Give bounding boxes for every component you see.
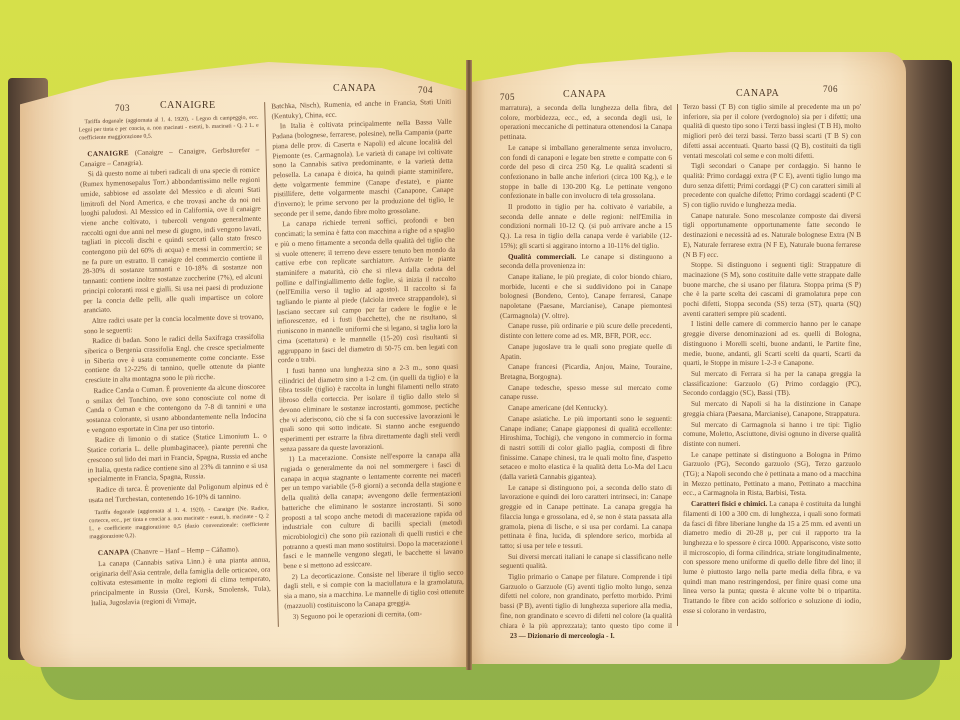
entry-variants-canapa: (Chanvre – Hanf – Hemp – Cáñamo). [131, 546, 240, 557]
running-head-canapa-706: CANAPA [736, 88, 779, 99]
paragraph-commercial-qualities: Qualità commerciali. Le canape si distin… [500, 253, 672, 272]
paragraph: Canape asiatiche. Le più importanti sono… [500, 415, 672, 483]
paragraph: Radice di badan. Sono le radici della Sa… [84, 333, 265, 386]
book-cover-right [900, 60, 952, 660]
paragraph: Terzo bassi (T B) con tiglio simile al p… [683, 103, 861, 161]
entry-term-canapa: CANAPA [98, 549, 130, 558]
page-number-706: 706 [823, 84, 838, 94]
page-number-705: 705 [500, 92, 515, 102]
page-number-703: 703 [115, 103, 130, 113]
paragraph: Sul mercato di Napoli si ha la distinzio… [683, 400, 861, 419]
book-gutter [466, 60, 472, 670]
paragraph: Tiglio primario o Canape per filature. C… [500, 573, 672, 630]
paragraph: Canape americane (del Kentucky). [500, 404, 672, 414]
running-head-canaigre: CANAIGRE [160, 100, 216, 111]
paragraph: Radice Canda o Cuman. È proveniente da a… [85, 383, 266, 436]
column-3: marratura), a seconda della lunghezza de… [500, 104, 672, 630]
paragraph: Il prodotto in tiglio per ha. coltivato … [500, 203, 672, 252]
paragraph: I fusti hanno una lunghezza sino a 2-3 m… [278, 363, 460, 455]
section-heading-physical-chemical: Caratteri fisici e chimici. [691, 500, 767, 508]
paragraph: Radice di limonio o di statice (Statice … [87, 432, 268, 485]
running-head-canapa-704: CANAPA [333, 83, 376, 94]
page-number-704: 704 [418, 85, 433, 95]
signature-footer: 23 — Dizionario di merceologia - I. [510, 632, 615, 640]
paragraph-text: La canapa è costituita da lunghi filamen… [683, 500, 861, 615]
paragraph: Tigli secondari o Canape per cordaggio. … [683, 162, 861, 211]
paragraph: marratura), a seconda della lunghezza de… [500, 104, 672, 143]
tariff-note-2: Tariffa doganale (aggiornata al 1. 4. 19… [89, 505, 270, 542]
paragraph: Canape naturale. Sono mescolanze compost… [683, 212, 861, 261]
paragraph: Canape russe, più ordinarie e più scure … [500, 322, 672, 341]
paragraph: Le canape si imballano generalmente senz… [500, 144, 672, 202]
paragraph: Radice di tarca. È proveniente dal Polig… [88, 482, 268, 506]
paragraph: Canape tedesche, spesso messe sul mercat… [500, 384, 672, 403]
paragraph: Sui diversi mercati italiani le canape s… [500, 553, 672, 572]
paragraph: Le canape pettinate si distinguono a Bol… [683, 451, 861, 500]
paragraph: Le canape si distinguono poi, a seconda … [500, 484, 672, 552]
section-heading-commercial: Qualità commerciali. [508, 253, 576, 261]
paragraph: Sul mercato di Carmagnola si hanno i tre… [683, 421, 861, 450]
paragraph: Canape francesi (Picardia, Anjou, Maine,… [500, 363, 672, 382]
paragraph: 2) La decorticazione. Consiste nel liber… [283, 568, 464, 612]
tariff-note-1: Tariffa doganale (aggiornata al 1. 4. 19… [78, 114, 259, 143]
column-4: Terzo bassi (T B) con tiglio simile al p… [683, 103, 861, 623]
column-2: Batchka, Nisch), Rumenia, ed anche in Fr… [271, 98, 465, 628]
column-divider [677, 104, 678, 626]
paragraph: Sul mercato di Ferrara si ha per la cana… [683, 370, 861, 399]
paragraph: La canapa richiede terreni soffici, prof… [274, 216, 458, 366]
column-1: Tariffa doganale (aggiornata al 1. 4. 19… [78, 110, 271, 630]
paragraph: Stoppe. Si distinguono i seguenti tigli:… [683, 261, 861, 319]
paragraph: Canape italiane, le più pregiate, di col… [500, 273, 672, 322]
entry-term-canaigre: CANAIGRE [87, 149, 129, 158]
paragraph: I listini delle camere di commercio hann… [683, 320, 861, 369]
paragraph: La canapa (Cannabis sativa Linn.) è una … [90, 556, 271, 609]
paragraph: In Italia è coltivata principalmente nel… [272, 118, 454, 220]
running-head-canapa-705: CANAPA [563, 89, 606, 100]
paragraph-physical-chemical: Caratteri fisici e chimici. La canapa è … [683, 500, 861, 616]
paragraph: 1) La macerazione. Consiste nell'esporre… [280, 451, 463, 572]
paragraph: Canape jugoslave tra le quali sono pregi… [500, 343, 672, 362]
paragraph: Si dà questo nome ai tuberi radicali di … [80, 166, 264, 316]
